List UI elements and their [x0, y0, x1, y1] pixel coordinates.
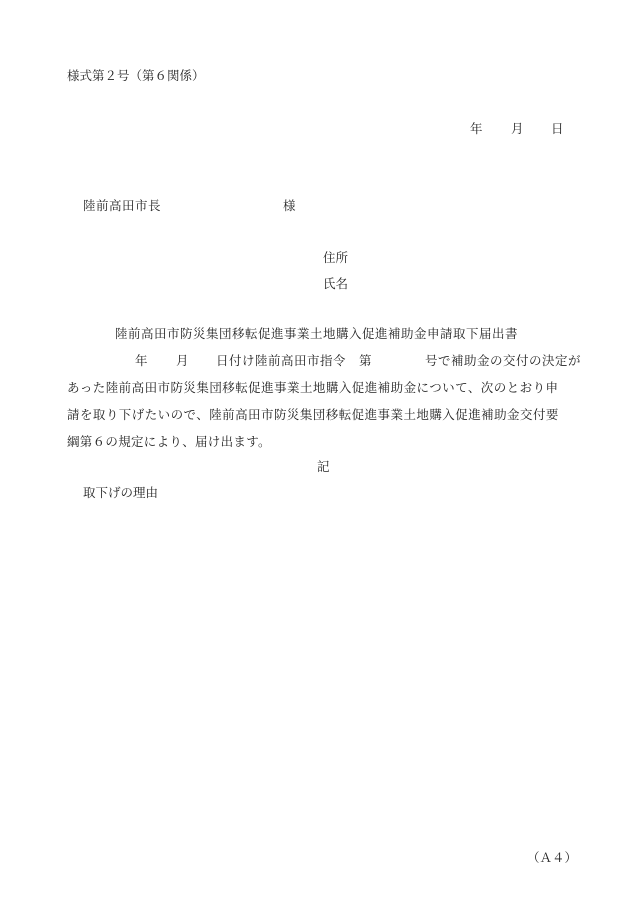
body-year-label: 年: [135, 355, 148, 368]
body-line-1-end: 号で補助金の交付の決定が: [425, 355, 581, 368]
body-line-2: あった陸前高田市防災集団移転促進事業土地購入促進補助金について、次のとおり申: [67, 382, 579, 395]
body-line-4: 綱第６の規定により、届け出ます。: [67, 436, 579, 449]
reason-label: 取下げの理由: [83, 487, 158, 500]
addressee-honorific: 様: [283, 200, 296, 213]
form-number: 様式第２号（第６関係）: [67, 70, 205, 83]
addressee-name: 陸前高田市長: [83, 200, 161, 213]
body-line-1-mid: 日付け陸前高田市指令 第: [216, 355, 372, 368]
date-day-label: 日: [551, 123, 564, 136]
name-label: 氏名: [323, 278, 348, 291]
document-title: 陸前高田市防災集団移転促進事業土地購入促進補助金申請取下届出書: [115, 328, 518, 341]
ki-heading: 記: [317, 461, 330, 474]
address-label: 住所: [323, 252, 348, 265]
body-month-label: 月: [176, 355, 189, 368]
paper-size-label: （Ａ４）: [527, 852, 577, 865]
date-month-label: 月: [511, 123, 524, 136]
date-year-label: 年: [470, 123, 483, 136]
body-line-3: 請を取り下げたいので、陸前高田市防災集団移転促進事業土地購入促進補助金交付要: [67, 409, 579, 422]
